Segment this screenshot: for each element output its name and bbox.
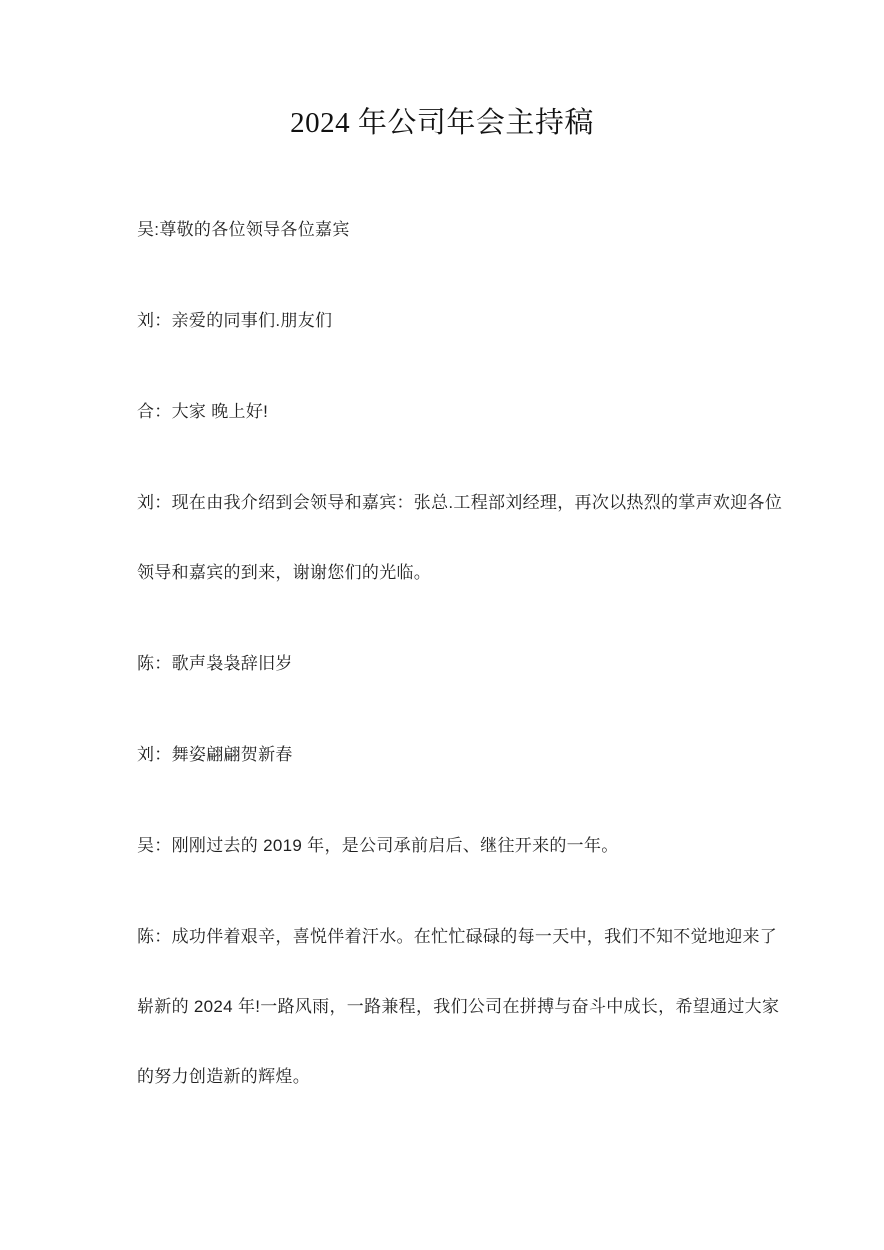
paragraph: 刘：亲爱的同事们.朋友们 <box>137 286 751 356</box>
paragraph-line: 吴:尊敬的各位领导各位嘉宾 <box>137 195 751 265</box>
document-title: 2024 年公司年会主持稿 <box>0 106 884 141</box>
paragraph-line: 陈：成功伴着艰辛，喜悦伴着汗水。在忙忙碌碌的每一天中，我们不知不觉地迎来了 <box>137 902 751 972</box>
paragraph: 吴:尊敬的各位领导各位嘉宾 <box>137 195 751 265</box>
paragraph-line: 合：大家 晚上好! <box>137 377 751 447</box>
paragraph-line: 吴：刚刚过去的 2019 年，是公司承前启后、继往开来的一年。 <box>137 811 751 881</box>
paragraph-line: 刘：现在由我介绍到会领导和嘉宾：张总.工程部刘经理，再次以热烈的掌声欢迎各位 <box>137 468 751 538</box>
paragraph-line: 刘：亲爱的同事们.朋友们 <box>137 286 751 356</box>
paragraph-line: 刘：舞姿翩翩贺新春 <box>137 720 751 790</box>
paragraph: 刘：现在由我介绍到会领导和嘉宾：张总.工程部刘经理，再次以热烈的掌声欢迎各位 领… <box>137 468 751 608</box>
paragraph-line: 的努力创造新的辉煌。 <box>137 1042 751 1112</box>
document-page: 2024 年公司年会主持稿 吴:尊敬的各位领导各位嘉宾 刘：亲爱的同事们.朋友们… <box>0 0 884 1250</box>
paragraph: 刘：舞姿翩翩贺新春 <box>137 720 751 790</box>
paragraph: 陈：歌声袅袅辞旧岁 <box>137 629 751 699</box>
paragraph-line: 崭新的 2024 年!一路风雨，一路兼程，我们公司在拼搏与奋斗中成长，希望通过大… <box>137 972 751 1042</box>
paragraph: 吴：刚刚过去的 2019 年，是公司承前启后、继往开来的一年。 <box>137 811 751 881</box>
paragraph: 陈：成功伴着艰辛，喜悦伴着汗水。在忙忙碌碌的每一天中，我们不知不觉地迎来了 崭新… <box>137 902 751 1112</box>
paragraph: 合：大家 晚上好! <box>137 377 751 447</box>
paragraph-line: 领导和嘉宾的到来，谢谢您们的光临。 <box>137 538 751 608</box>
paragraph-line: 陈：歌声袅袅辞旧岁 <box>137 629 751 699</box>
document-body: 吴:尊敬的各位领导各位嘉宾 刘：亲爱的同事们.朋友们 合：大家 晚上好! 刘：现… <box>137 195 751 1112</box>
